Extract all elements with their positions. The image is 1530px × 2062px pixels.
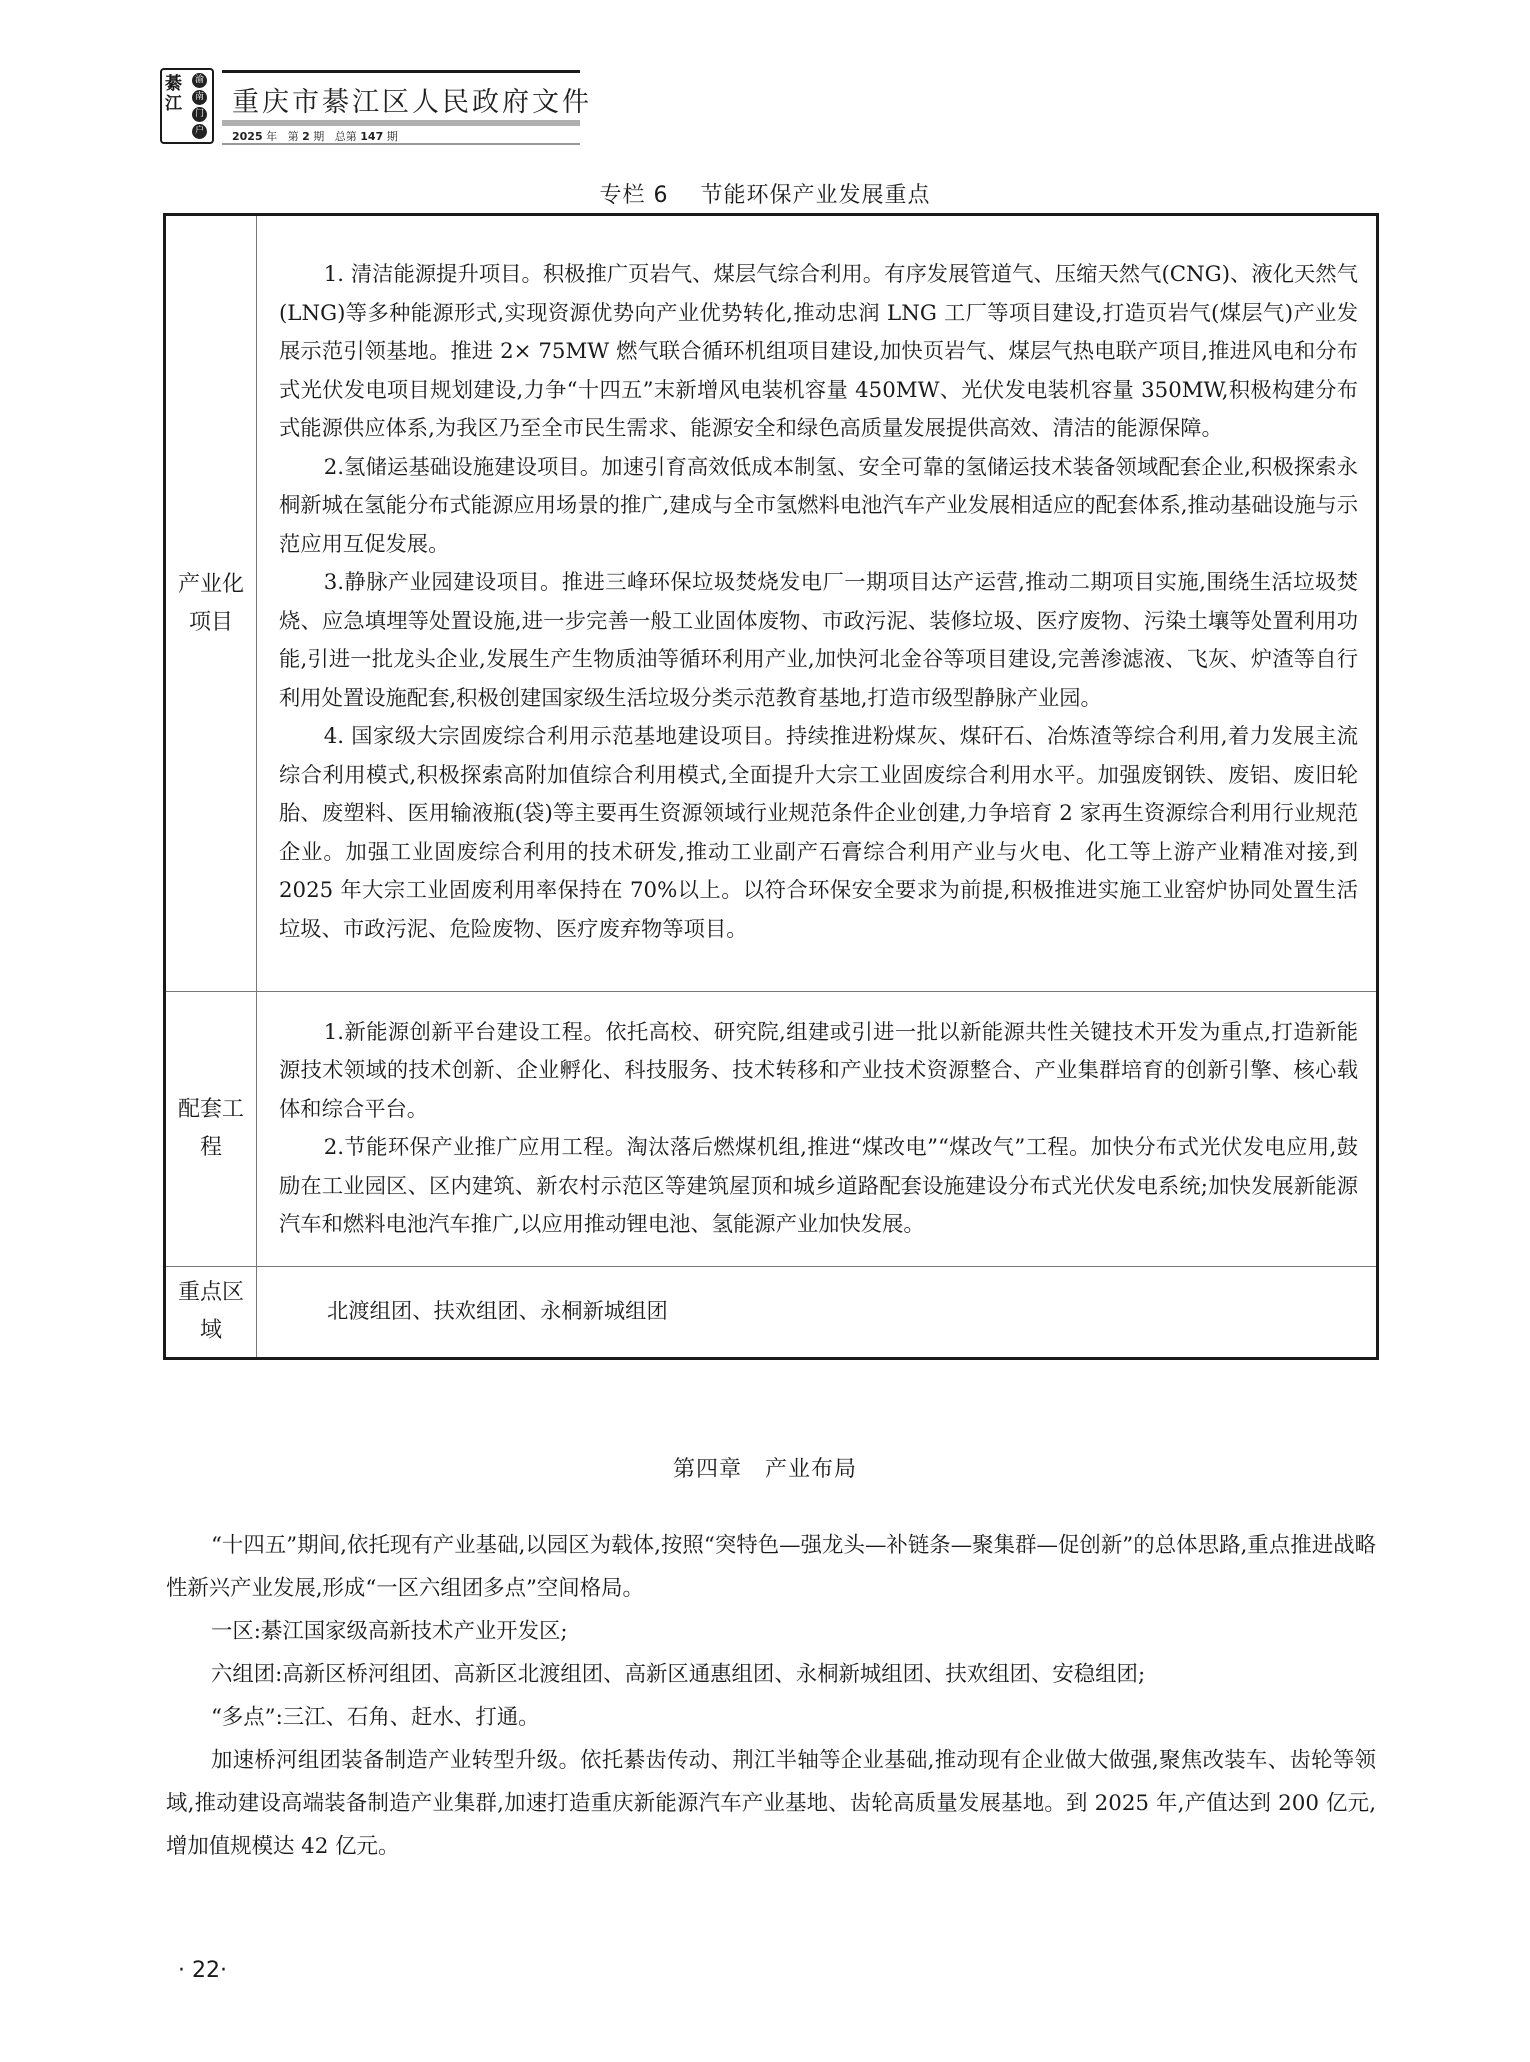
qijiang-logo: 綦江 渝 南 门 户 <box>160 68 214 144</box>
row-content: 1.新能源创新平台建设工程。依托高校、研究院,组建或引进一批以新能源共性关键技术… <box>257 992 1378 1267</box>
paragraph: 加速桥河组团装备制造产业转型升级。依托綦齿传动、荆江半轴等企业基础,推动现有企业… <box>166 1739 1376 1868</box>
total-issue-number: 147 <box>360 130 383 143</box>
row-label: 重点区域 <box>165 1267 257 1359</box>
issue-prefix: 第 <box>288 130 299 143</box>
paragraph: 北渡组团、扶欢组团、永桐新城组团 <box>327 1299 668 1324</box>
box-title-prefix: 专栏 <box>599 183 645 208</box>
logo-side-seals: 渝 南 门 户 <box>192 73 210 141</box>
header-gray-band <box>222 120 580 126</box>
logo-seal: 户 <box>192 124 207 139</box>
issue-unit: 期 <box>313 130 324 143</box>
logo-main-text: 綦江 <box>165 74 183 114</box>
table-row: 配套工程 1.新能源创新平台建设工程。依托高校、研究院,组建或引进一批以新能源共… <box>165 992 1378 1267</box>
publication-title: 重庆市綦江区人民政府文件 <box>232 80 592 119</box>
paragraph: “多点”:三江、石角、赶水、打通。 <box>166 1696 1376 1739</box>
page-number: · 22· <box>178 1958 227 1983</box>
box-title-number: 6 <box>654 183 669 208</box>
chapter-body: “十四五”期间,依托现有产业基础,以园区为载体,按照“突特色—强龙头—补链条—聚… <box>166 1524 1376 1868</box>
table-row: 重点区域 北渡组团、扶欢组团、永桐新城组团 <box>165 1267 1378 1359</box>
logo-seal: 渝 <box>192 73 207 88</box>
paragraph: 2.氢储运基础设施建设项目。加速引育高效低成本制氢、安全可靠的氢储运技术装备领域… <box>279 449 1358 565</box>
issue-info: 2025 年 第 2 期 总第 147 期 <box>232 128 398 144</box>
document-header: 綦江 渝 南 门 户 重庆市綦江区人民政府文件 2025 年 第 2 期 总第 … <box>160 68 580 144</box>
box-title: 专栏 6 节能环保产业发展重点 <box>0 178 1530 209</box>
total-unit: 期 <box>387 130 398 143</box>
issue-year: 2025 <box>232 130 263 143</box>
box-title-text: 节能环保产业发展重点 <box>700 183 930 208</box>
total-prefix: 总第 <box>335 130 357 143</box>
paragraph: 3.静脉产业园建设项目。推进三峰环保垃圾焚烧发电厂一期项目达产运营,推动二期项目… <box>279 564 1358 718</box>
focus-table: 产业化项目 1. 清洁能源提升项目。积极推广页岩气、煤层气综合利用。有序发展管道… <box>163 213 1379 1360</box>
table-row: 产业化项目 1. 清洁能源提升项目。积极推广页岩气、煤层气综合利用。有序发展管道… <box>165 215 1378 992</box>
row-label: 产业化项目 <box>165 215 257 992</box>
paragraph: 六组团:高新区桥河组团、高新区北渡组团、高新区通惠组团、永桐新城组团、扶欢组团、… <box>166 1653 1376 1696</box>
paragraph: 4. 国家级大宗固废综合利用示范基地建设项目。持续推进粉煤灰、煤矸石、冶炼渣等综… <box>279 718 1358 949</box>
row-content: 北渡组团、扶欢组团、永桐新城组团 <box>257 1267 1378 1359</box>
header-rule-bottom <box>222 143 580 145</box>
paragraph: 2.节能环保产业推广应用工程。淘汰落后燃煤机组,推进“煤改电”“煤改气”工程。加… <box>279 1129 1358 1245</box>
header-rule-top <box>222 70 580 73</box>
paragraph: 1. 清洁能源提升项目。积极推广页岩气、煤层气综合利用。有序发展管道气、压缩天然… <box>279 256 1358 449</box>
row-label: 配套工程 <box>165 992 257 1267</box>
row-content: 1. 清洁能源提升项目。积极推广页岩气、煤层气综合利用。有序发展管道气、压缩天然… <box>257 215 1378 992</box>
issue-year-unit: 年 <box>266 130 277 143</box>
issue-number: 2 <box>302 130 310 143</box>
paragraph: 1.新能源创新平台建设工程。依托高校、研究院,组建或引进一批以新能源共性关键技术… <box>279 1014 1358 1130</box>
logo-seal: 门 <box>192 107 207 122</box>
paragraph: “十四五”期间,依托现有产业基础,以园区为载体,按照“突特色—强龙头—补链条—聚… <box>166 1524 1376 1610</box>
paragraph: 一区:綦江国家级高新技术产业开发区; <box>166 1610 1376 1653</box>
logo-seal: 南 <box>192 90 207 105</box>
chapter-title: 第四章 产业布局 <box>0 1452 1530 1483</box>
